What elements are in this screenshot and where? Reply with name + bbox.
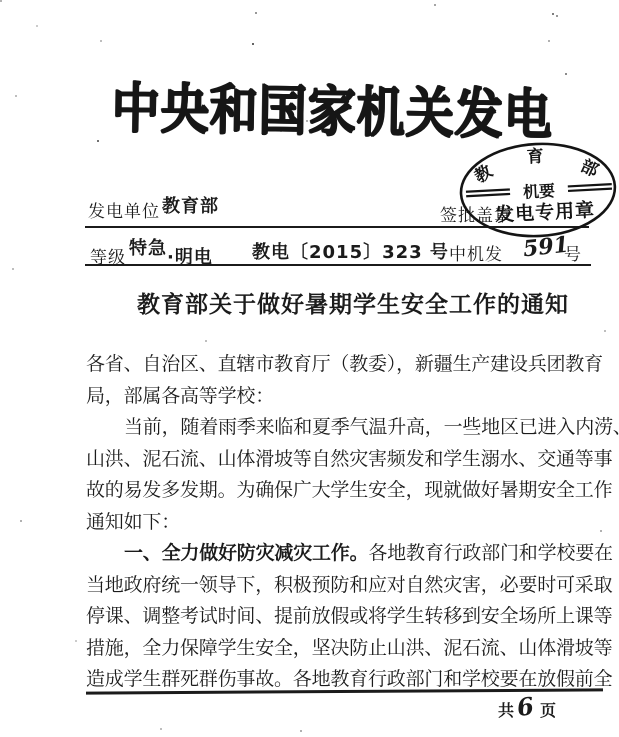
ref-number-suffix: 号 [564,240,582,265]
page-count-handwritten: 6 [515,691,536,722]
body-line: 当前，随着雨季来临和夏季气温升高，一些地区已进入内涝、 [86,412,598,444]
body-line: 停课、调整考试时间、提前放假或将学生转移到安全场所上课等 [86,601,598,633]
scanned-telegram-page: 中央和国家机关发电 发电单位 教育部 签批盖章 等级 特急 ·明电 教电〔201… [0,0,619,737]
stamp-arc-char-2: 育 [526,146,544,168]
body-line: 局，部属各高等学校： [86,381,598,413]
body-line: 一、全力做好防灾减灾工作。各地教育行政部门和学校要在 [86,538,598,570]
body-line: 措施，全力保障学生安全，坚决防止山洪、泥石流、山体滑坡等 [86,633,598,665]
body-line: 山洪、泥石流、山体滑坡等自然灾害频发和学生溺水、交通等事 [86,444,598,476]
body-line: 各省、自治区、直辖市教育厅（教委），新疆生产建设兵团教育 [86,349,598,381]
form-rule-2 [85,264,591,266]
body-line: 当地政府统一领导下，积极预防和应对自然灾害，必要时可采取 [86,570,598,602]
document-title: 教育部关于做好暑期学生安全工作的通知 [137,286,547,319]
page-count-suffix: 页 [540,698,558,721]
ministry-seal-stamp: 教 育 部 机要 发电专用章 [453,136,619,246]
document-body: 各省、自治区、直辖市教育厅（教委），新疆生产建设兵团教育 局，部属各高等学校： … [86,349,598,696]
body-line: 通知如下： [86,507,598,539]
grade-urgent-value: 特急 [129,234,167,260]
scan-noise [0,0,2,2]
page-count-prefix: 共 [498,698,516,721]
body-line: 故的易发多发期。为确保广大学生安全，现就做好暑期安全工作 [86,475,598,507]
stamp-arc-char-1: 教 [471,160,497,187]
stamp-band-text: 机要 [523,181,556,202]
document-number: 教电〔2015〕323 号 [252,238,449,264]
sending-unit-label: 发电单位 [88,197,160,222]
sending-unit-value: 教育部 [162,192,219,218]
masthead-title: 中央和国家机关发电 [111,64,552,149]
stamp-bottom-text: 发电专用章 [495,198,596,226]
